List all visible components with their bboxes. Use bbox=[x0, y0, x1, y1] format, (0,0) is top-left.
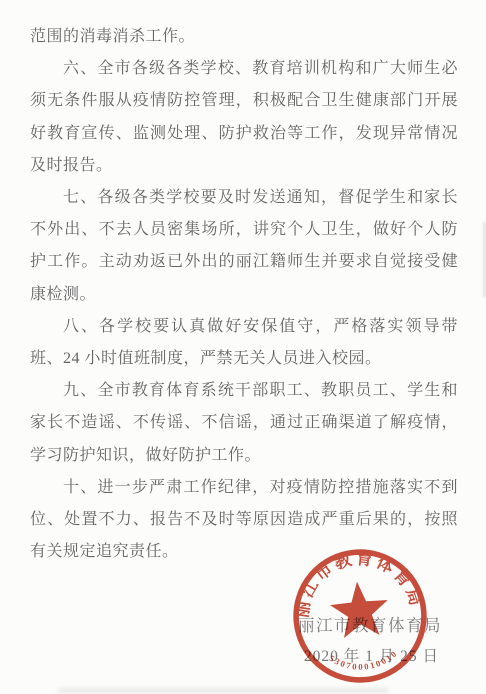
body-paragraph: 十、进一步严肃工作纪律，对疫情防控措施落实不到位、处置不力、报告不及时等原因造成… bbox=[30, 472, 458, 569]
body-paragraph: 八、各学校要认真做好安保值守，严格落实领导带班、24 小时值班制度，严禁无关人员… bbox=[30, 311, 458, 375]
scan-smudge bbox=[58, 688, 388, 693]
body-paragraph: 九、全市教育体育系统干部职工、教职员工、学生和家长不造谣、不传谣、不信谣，通过正… bbox=[30, 375, 458, 472]
document-page: 范围的消毒消杀工作。六、全市各级各类学校、教育培训机构和广大师生必须无条件服从疫… bbox=[0, 0, 486, 694]
signature-date: 2020 年 1 月 25 日 bbox=[304, 644, 439, 666]
body-paragraph: 范围的消毒消杀工作。 bbox=[30, 21, 458, 53]
body-paragraph: 七、各级各类学校要及时发送通知，督促学生和家长不外出、不去人员密集场所，讲究个人… bbox=[30, 182, 458, 311]
body-paragraph: 六、全市各级各类学校、教育培训机构和广大师生必须无条件服从疫情防控管理，积极配合… bbox=[30, 53, 458, 182]
signature-org: 丽江市教育体育局 bbox=[298, 612, 442, 636]
body-paragraphs: 范围的消毒消杀工作。六、全市各级各类学校、教育培训机构和广大师生必须无条件服从疫… bbox=[30, 21, 458, 568]
